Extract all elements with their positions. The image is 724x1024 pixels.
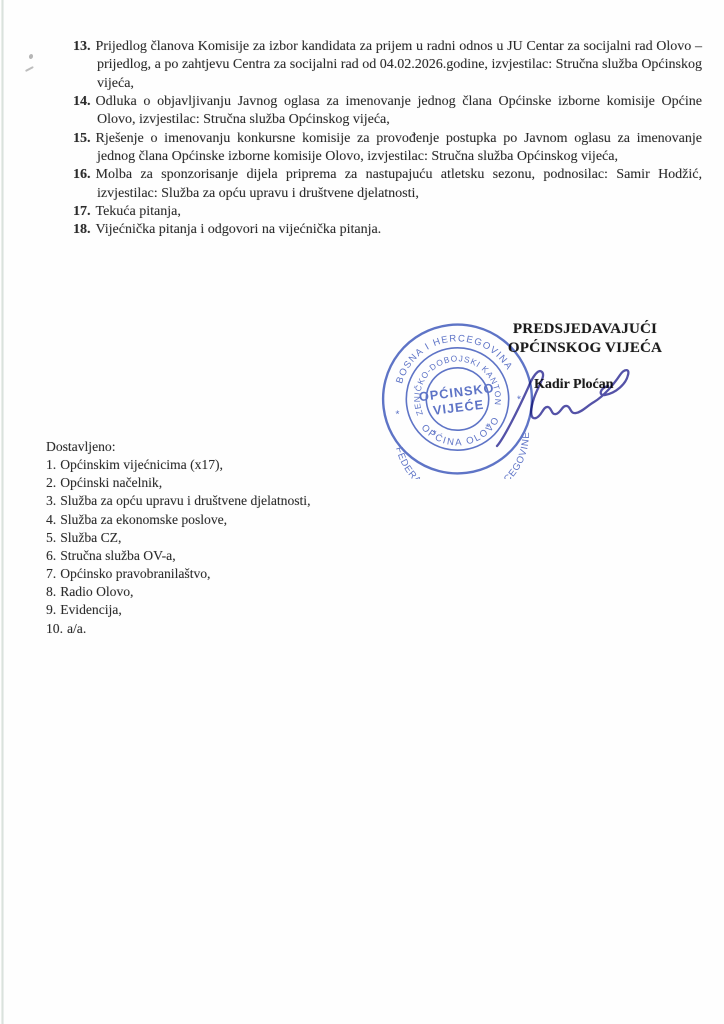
agenda-item-number: 13.	[73, 39, 91, 54]
agenda-item-17: 17.Tekuća pitanja,	[73, 203, 702, 221]
agenda-item-number: 15.	[73, 131, 91, 146]
agenda-item-18: 18.Vijećnička pitanja i odgovori na vije…	[73, 221, 702, 239]
agenda-item-number: 14.	[73, 94, 91, 109]
signature-stroke	[497, 370, 628, 446]
distribution-item-text: Služba za ekonomske poslove,	[60, 512, 227, 527]
distribution-item: 2.Općinski načelnik,	[46, 474, 476, 492]
distribution-item-text: a/a.	[67, 621, 86, 636]
distribution-item-text: Stručna služba OV-a,	[60, 548, 175, 563]
distribution-item-number: 1.	[46, 457, 56, 472]
distribution-item: 3.Služba za opću upravu i društvene djel…	[46, 492, 476, 510]
distribution-item: 10.a/a.	[46, 620, 476, 638]
scanned-document-page: 13.Prijedlog članova Komisije za izbor k…	[0, 0, 724, 1024]
distribution-item-text: Radio Olovo,	[60, 584, 133, 599]
distribution-item-text: Služba za opću upravu i društvene djelat…	[60, 493, 310, 508]
distribution-item-text: Općinskim vijećnicima (x17),	[60, 457, 223, 472]
agenda-item-16: 16.Molba za sponzorisanje dijela priprem…	[73, 166, 702, 203]
agenda-list: 13.Prijedlog članova Komisije za izbor k…	[73, 38, 702, 240]
distribution-heading: Dostavljeno:	[46, 438, 476, 456]
agenda-item-14: 14.Odluka o objavljivanju Javnog oglasa …	[73, 93, 702, 130]
scan-edge-artifact	[1, 0, 4, 1024]
stamp-star-icon: *	[395, 409, 400, 420]
distribution-item: 5.Služba CZ,	[46, 529, 476, 547]
distribution-item: 7.Općinsko pravobranilaštvo,	[46, 565, 476, 583]
distribution-item-text: Služba CZ,	[60, 530, 121, 545]
agenda-item-text: Molba za sponzorisanje dijela priprema z…	[96, 167, 703, 200]
agenda-item-text: Vijećnička pitanja i odgovori na vijećni…	[96, 222, 382, 237]
distribution-item-number: 9.	[46, 602, 56, 617]
distribution-item-number: 4.	[46, 512, 56, 527]
distribution-item: 8.Radio Olovo,	[46, 583, 476, 601]
agenda-item-text: Tekuća pitanja,	[96, 204, 181, 219]
distribution-item-number: 7.	[46, 566, 56, 581]
agenda-item-15: 15.Rješenje o imenovanju konkursne komis…	[73, 130, 702, 167]
margin-speck	[25, 66, 34, 72]
distribution-item-number: 8.	[46, 584, 56, 599]
distribution-item: 6.Stručna služba OV-a,	[46, 547, 476, 565]
distribution-item-number: 3.	[46, 493, 56, 508]
distribution-item-number: 6.	[46, 548, 56, 563]
agenda-item-number: 18.	[73, 222, 91, 237]
distribution-item-number: 10.	[46, 621, 63, 636]
agenda-item-number: 17.	[73, 204, 91, 219]
agenda-item-text: Rješenje o imenovanju konkursne komisije…	[96, 131, 703, 164]
distribution-item: 4.Služba za ekonomske poslove,	[46, 511, 476, 529]
distribution-item-text: Evidencija,	[60, 602, 122, 617]
distribution-item-number: 2.	[46, 475, 56, 490]
handwritten-signature	[488, 358, 648, 450]
distribution-item: 1.Općinskim vijećnicima (x17),	[46, 456, 476, 474]
distribution-block: Dostavljeno: 1.Općinskim vijećnicima (x1…	[46, 438, 476, 638]
distribution-item-number: 5.	[46, 530, 56, 545]
distribution-item-text: Općinsko pravobranilaštvo,	[60, 566, 210, 581]
distribution-item-text: Općinski načelnik,	[60, 475, 162, 490]
margin-speck	[28, 54, 33, 60]
agenda-item-text: Prijedlog članova Komisije za izbor kand…	[96, 39, 703, 91]
distribution-item: 9.Evidencija,	[46, 601, 476, 619]
agenda-item-13: 13.Prijedlog članova Komisije za izbor k…	[73, 38, 702, 93]
agenda-item-text: Odluka o objavljivanju Javnog oglasa za …	[96, 94, 703, 127]
agenda-item-number: 16.	[73, 167, 91, 182]
